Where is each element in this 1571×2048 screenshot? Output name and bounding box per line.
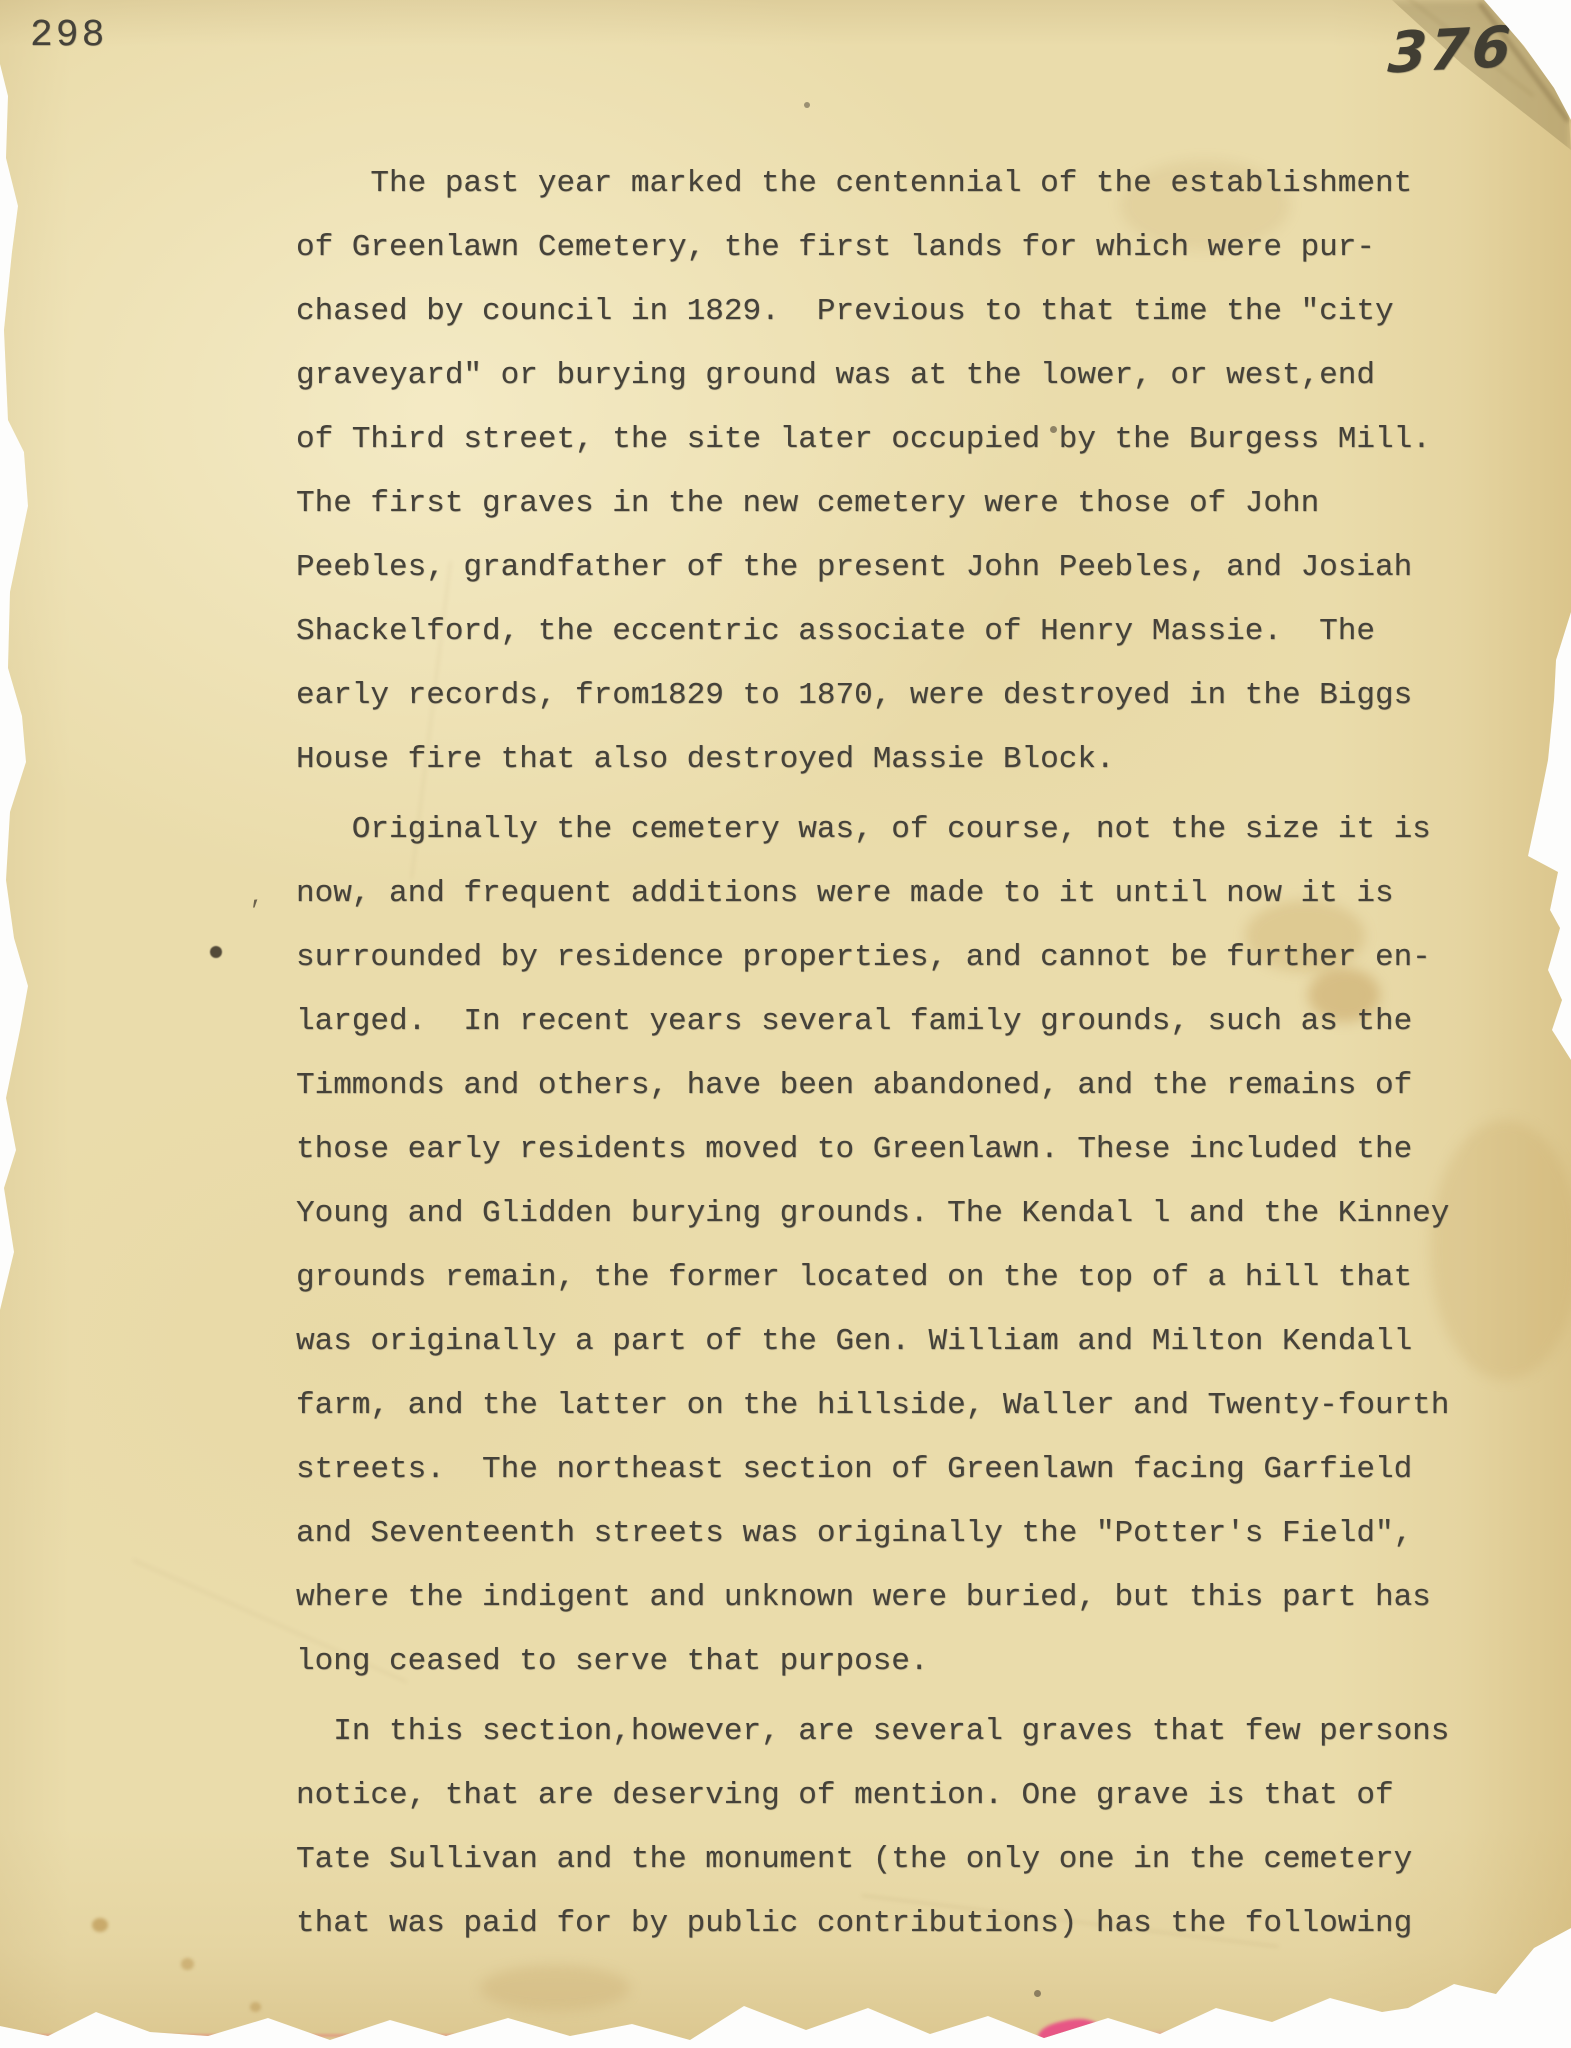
ink-speck: [804, 102, 810, 108]
typed-line: early records, from1829 to 1870, were de…: [296, 664, 1516, 728]
typed-line: House fire that also destroyed Massie Bl…: [296, 728, 1516, 792]
typed-line: chased by council in 1829. Previous to t…: [296, 280, 1516, 344]
pink-crayon-mark: [1036, 2013, 1103, 2048]
typed-line: surrounded by residence properties, and …: [296, 926, 1516, 990]
typed-line: streets. The northeast section of Greenl…: [296, 1438, 1516, 1502]
stain-blotch: [480, 1965, 630, 2011]
foxing-spot: [92, 1918, 108, 1932]
typed-line: Tate Sullivan and the monument (the only…: [296, 1828, 1516, 1892]
handwritten-page-number: 376: [1386, 15, 1515, 87]
paragraph: Originally the cemetery was, of course, …: [296, 798, 1516, 1694]
typed-line: notice, that are deserving of mention. O…: [296, 1764, 1516, 1828]
ink-speck: [1034, 1990, 1041, 1997]
typed-line: where the indigent and unknown were buri…: [296, 1566, 1516, 1630]
scanned-page: , 298 376 The past year marked the cente…: [0, 0, 1571, 2048]
margin-ink-dot: [210, 946, 222, 958]
stray-comma-mark: ,: [248, 883, 265, 911]
foxing-spot: [250, 2002, 261, 2012]
typed-line: Peebles, grandfather of the present John…: [296, 536, 1516, 600]
typed-line: larged. In recent years several family g…: [296, 990, 1516, 1054]
typed-line: In this section,however, are several gra…: [296, 1700, 1516, 1764]
typed-line: those early residents moved to Greenlawn…: [296, 1118, 1516, 1182]
paragraph: The past year marked the centennial of t…: [296, 152, 1516, 792]
paragraph: In this section,however, are several gra…: [296, 1700, 1516, 1956]
typed-line: long ceased to serve that purpose.: [296, 1630, 1516, 1694]
typed-line: Young and Glidden burying grounds. The K…: [296, 1182, 1516, 1246]
typed-line: that was paid for by public contribution…: [296, 1892, 1516, 1956]
typed-line: The first graves in the new cemetery wer…: [296, 472, 1516, 536]
typed-line: Originally the cemetery was, of course, …: [296, 798, 1516, 862]
typed-line: grounds remain, the former located on th…: [296, 1246, 1516, 1310]
typed-line: graveyard" or burying ground was at the …: [296, 344, 1516, 408]
paper-sheet: , 298 376 The past year marked the cente…: [0, 0, 1571, 2048]
foxing-spot: [181, 1958, 194, 1970]
pink-bottom-edge-tint: [0, 2034, 560, 2037]
typed-line: farm, and the latter on the hillside, Wa…: [296, 1374, 1516, 1438]
pink-crayon-smear: [1088, 2031, 1185, 2048]
typed-line: Shackelford, the eccentric associate of …: [296, 600, 1516, 664]
typed-line: The past year marked the centennial of t…: [296, 152, 1516, 216]
typed-page-number: 298: [30, 14, 107, 57]
typed-line: of Greenlawn Cemetery, the first lands f…: [296, 216, 1516, 280]
typed-line: now, and frequent additions were made to…: [296, 862, 1516, 926]
typed-line: Timmonds and others, have been abandoned…: [296, 1054, 1516, 1118]
typed-line: and Seventeenth streets was originally t…: [296, 1502, 1516, 1566]
typed-line: of Third street, the site later occupied…: [296, 408, 1516, 472]
typed-line: was originally a part of the Gen. Willia…: [296, 1310, 1516, 1374]
typed-text: The past year marked the centennial of t…: [296, 152, 1516, 1956]
